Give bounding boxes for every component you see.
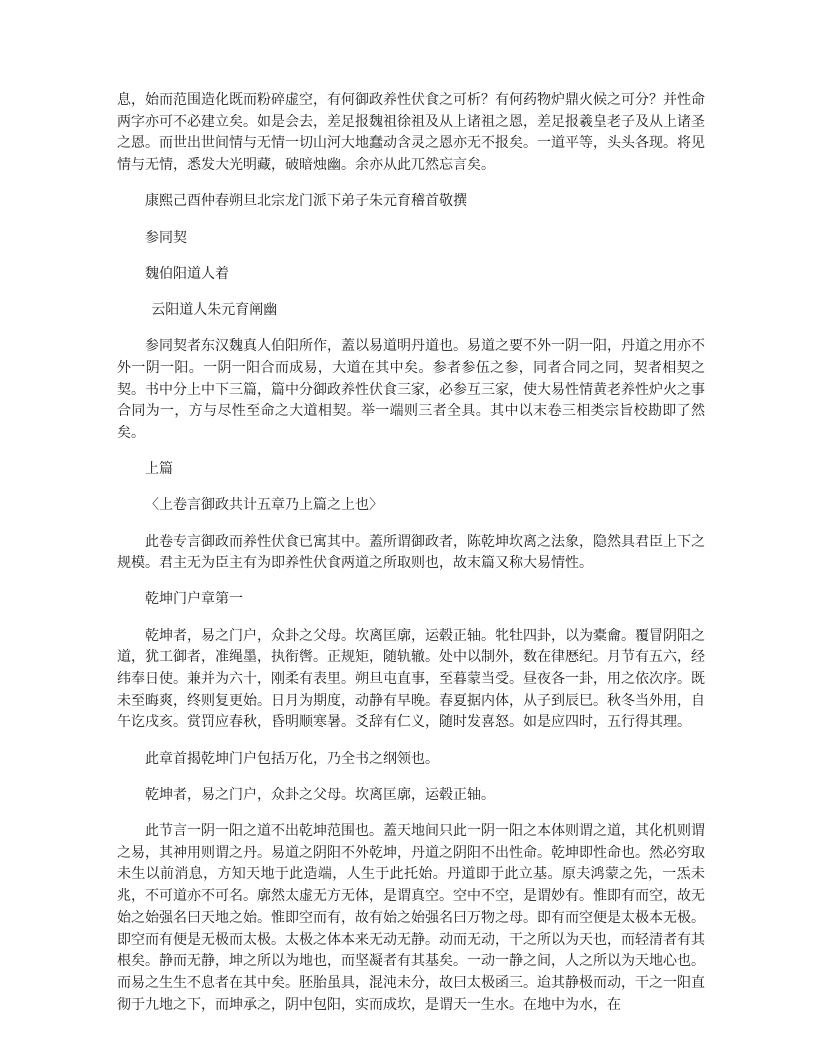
part-heading: 上篇 — [117, 459, 705, 481]
document-page-background: { "document": { "blocks": [ { "id": "con… — [0, 0, 816, 1056]
author-line: 魏伯阳道人着 — [117, 264, 705, 286]
commentary-paragraph: 此节言一阴一阳之道不出乾坤范围也。蓋天地间只此一阴一阳之本体则谓之道，其化机则谓… — [117, 821, 705, 1016]
part-intro-paragraph: 此卷专言御政而养性伏食已寓其中。蓋所谓御政者，陈乾坤坎离之法象，隐然具君臣上下之… — [117, 532, 705, 575]
chapter-main-text: 乾坤者，易之门户，众卦之父母。坎离匡廓，运毂正轴。牝牡四卦，以为橐龠。覆冒阴阳之… — [117, 626, 705, 735]
commentator-line: 云阳道人朱元育阐幽 — [117, 300, 705, 322]
book-title: 参同契 — [117, 228, 705, 250]
continuation-paragraph: 息，始而范围造化既而粉碎虚空，有何御政养性伏食之可析？有何药物炉鼎火候之可分？并… — [117, 90, 705, 177]
part-note: 〈上卷言御政共计五章乃上篇之上也〉 — [117, 495, 705, 517]
commentary-summary: 此章首揭乾坤门户包括万化，乃全书之纲领也。 — [117, 749, 705, 771]
quoted-line: 乾坤者，易之门户，众卦之父母。坎离匡廓，运毂正轴。 — [117, 785, 705, 807]
byline: 康熙己酉仲春朔旦北宗龙门派下弟子朱元育稽首敬撰 — [117, 191, 705, 213]
preface-paragraph: 参同契者东汉魏真人伯阳所作，蓋以易道明丹道也。易道之要不外一阴一阳，丹道之用亦不… — [117, 336, 705, 445]
chapter-heading: 乾坤门户章第一 — [117, 589, 705, 611]
document-page: 息，始而范围造化既而粉碎虚空，有何御政养性伏食之可析？有何药物炉鼎火候之可分？并… — [0, 0, 816, 1056]
